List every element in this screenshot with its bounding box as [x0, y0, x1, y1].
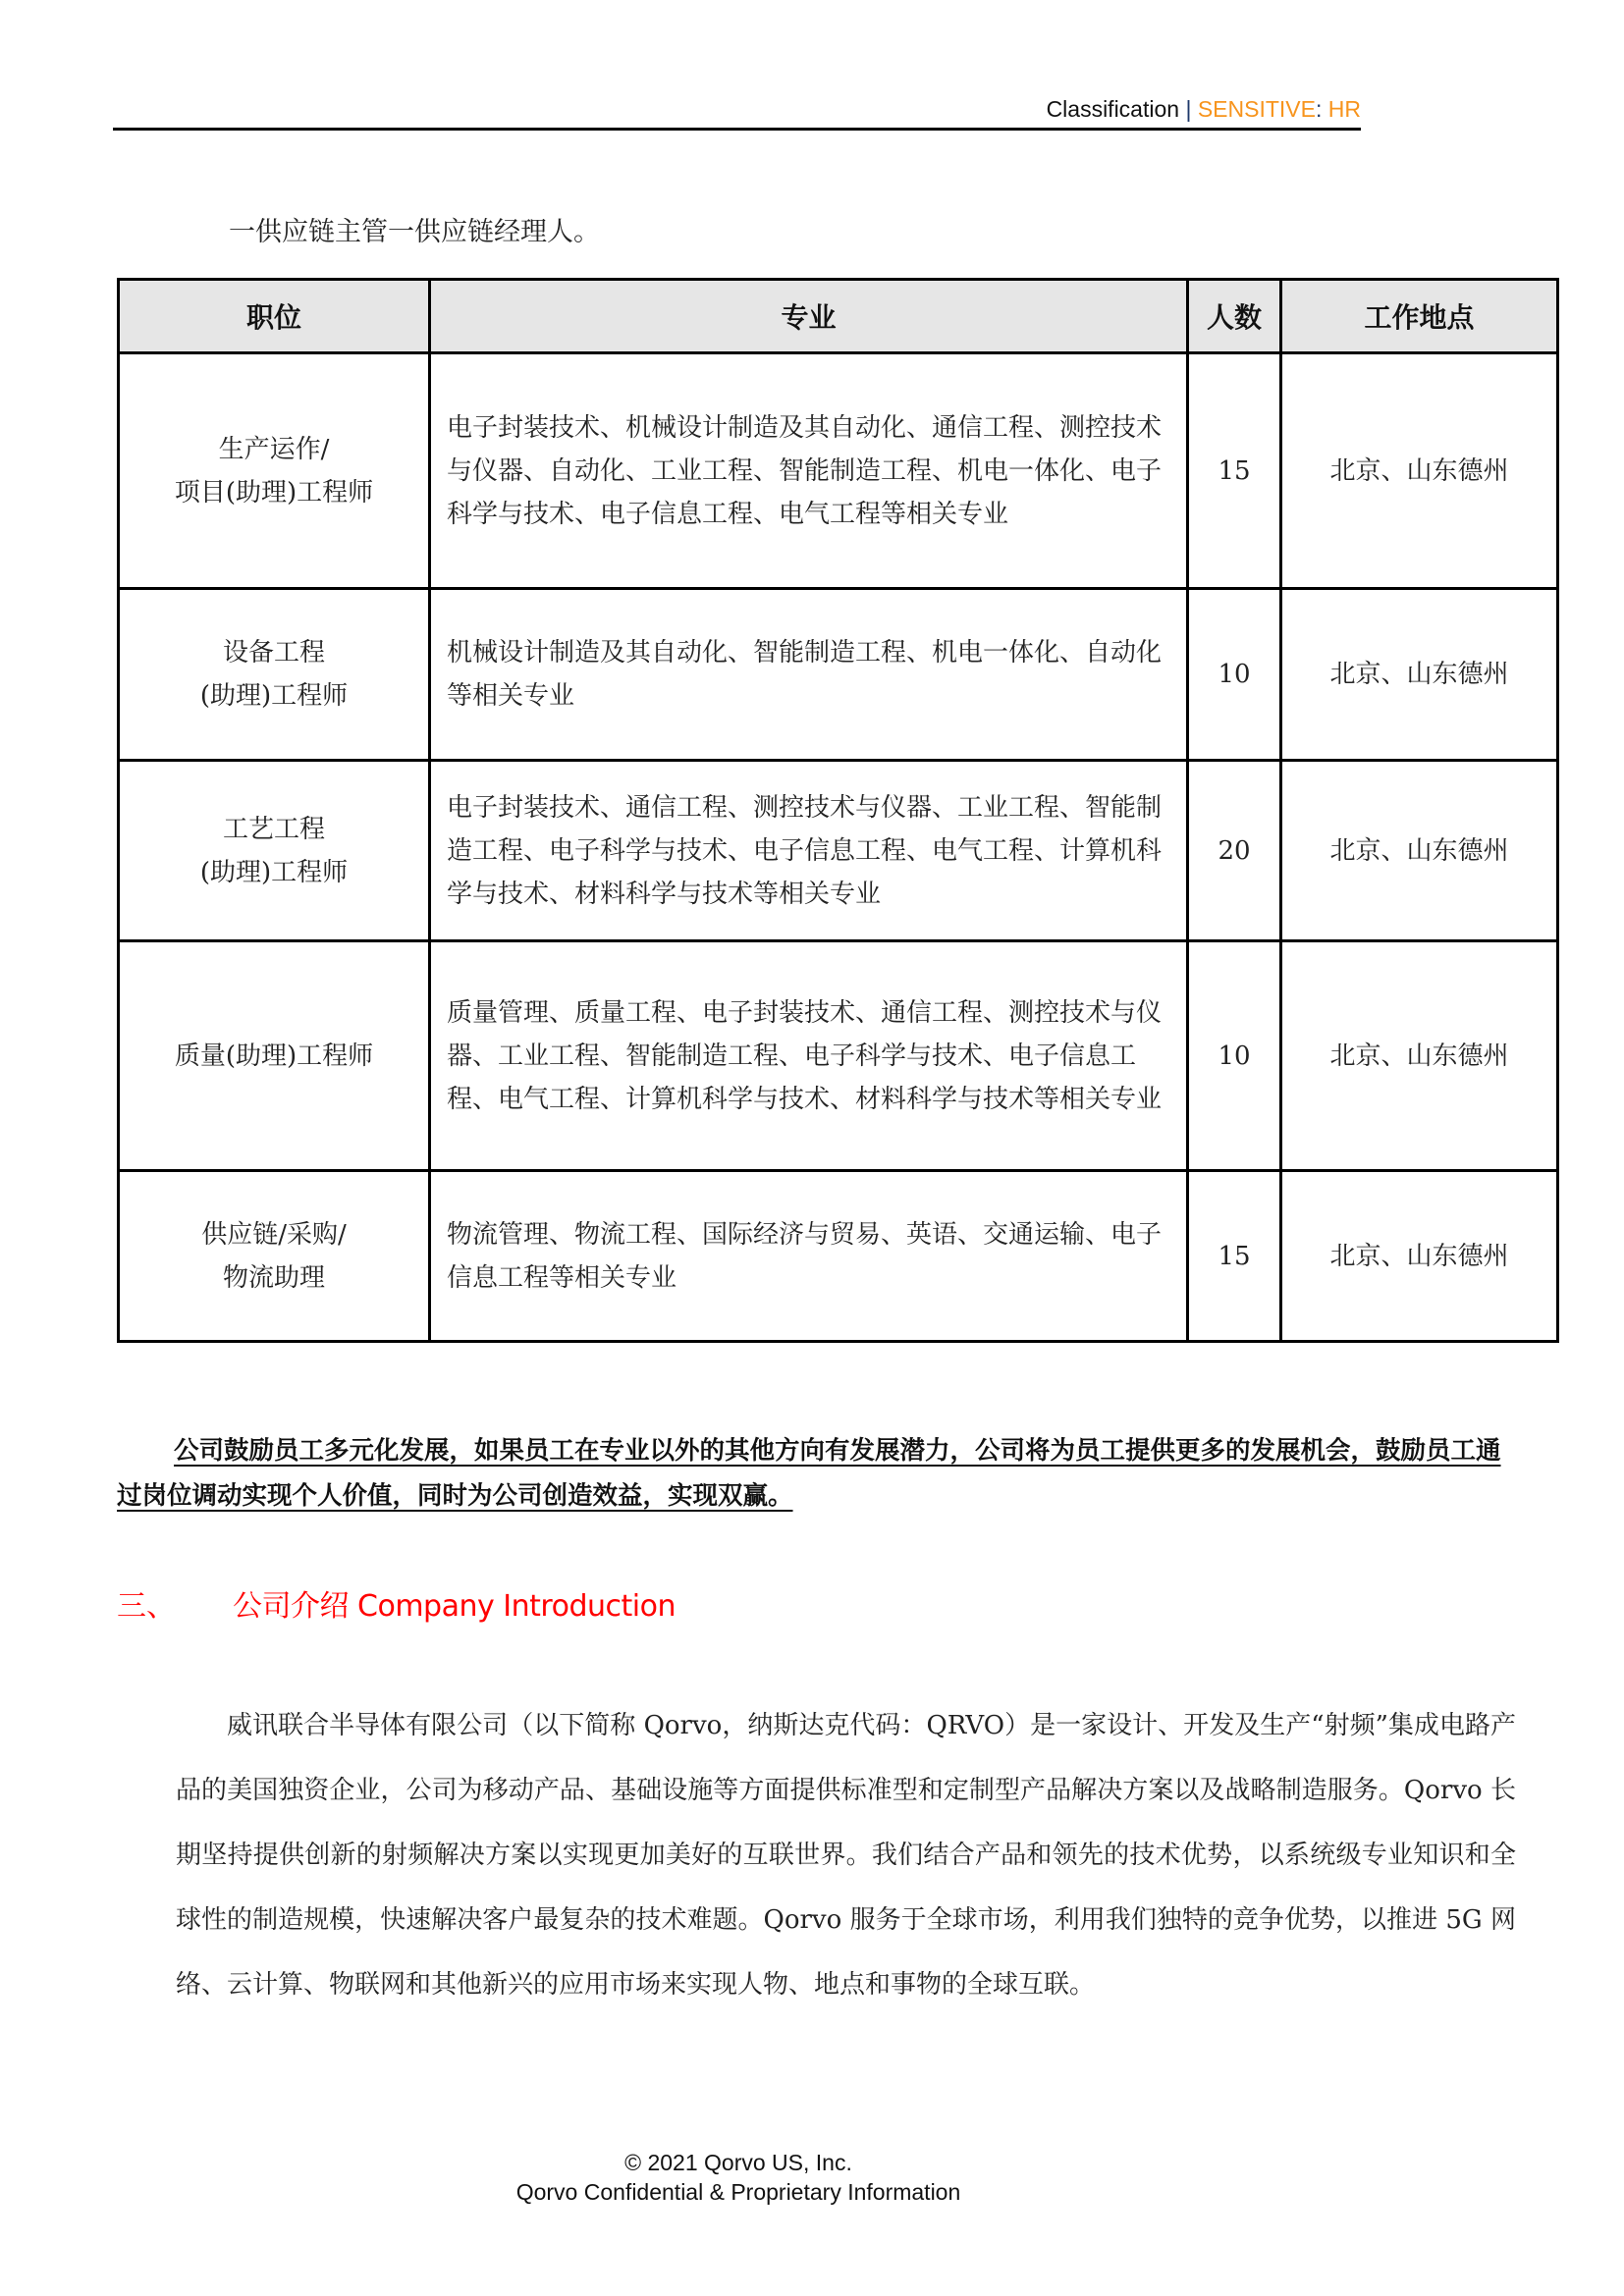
headcount-cell: 10	[1188, 589, 1281, 761]
company-intro-paragraph: 威讯联合半导体有限公司（以下简称 Qorvo，纳斯达克代码：QRVO）是一家设计…	[176, 1693, 1516, 2017]
intro-fragment: 一供应链主管一供应链经理人。	[229, 210, 600, 248]
classification-header: Classification | SENSITIVE: HR	[1047, 96, 1361, 123]
position-title-line: 物流助理	[120, 1256, 428, 1300]
sensitivity-level: SENSITIVE	[1198, 96, 1316, 122]
position-title: 设备工程 (助理)工程师	[119, 589, 430, 761]
positions-table: 职位 专业 人数 工作地点 生产运作/ 项目(助理)工程师 电子封装技术、机械设…	[117, 278, 1559, 1343]
major-cell: 电子封装技术、通信工程、测控技术与仪器、工业工程、智能制造工程、电子科学与技术、…	[430, 761, 1188, 941]
sensitivity-category: HR	[1328, 96, 1361, 122]
table-row: 工艺工程 (助理)工程师 电子封装技术、通信工程、测控技术与仪器、工业工程、智能…	[119, 761, 1558, 941]
major-cell: 物流管理、物流工程、国际经济与贸易、英语、交通运输、电子信息工程等相关专业	[430, 1171, 1188, 1342]
classification-label: Classification	[1047, 96, 1180, 122]
headcount-cell: 15	[1188, 1171, 1281, 1342]
position-title-line: 质量(助理)工程师	[120, 1035, 428, 1078]
table-header-row: 职位 专业 人数 工作地点	[119, 280, 1558, 353]
position-title: 供应链/采购/ 物流助理	[119, 1171, 430, 1342]
major-cell: 质量管理、质量工程、电子封装技术、通信工程、测控技术与仪器、工业工程、智能制造工…	[430, 941, 1188, 1171]
position-title-line: 供应链/采购/	[120, 1213, 428, 1256]
header-separator: |	[1179, 96, 1198, 122]
footer-confidentiality: Qorvo Confidential & Proprietary Informa…	[0, 2179, 1477, 2206]
position-title: 工艺工程 (助理)工程师	[119, 761, 430, 941]
column-header-major: 专业	[430, 280, 1188, 353]
section-number: 三、	[117, 1581, 176, 1625]
position-title: 质量(助理)工程师	[119, 941, 430, 1171]
column-header-location: 工作地点	[1281, 280, 1558, 353]
column-header-count: 人数	[1188, 280, 1281, 353]
development-note-text: 公司鼓励员工多元化发展，如果员工在专业以外的其他方向有发展潜力，公司将为员工提供…	[117, 1436, 1501, 1511]
development-note: 公司鼓励员工多元化发展，如果员工在专业以外的其他方向有发展潜力，公司将为员工提供…	[117, 1428, 1511, 1519]
position-title-line: 设备工程	[120, 631, 428, 674]
position-title-line: 生产运作/	[120, 428, 428, 471]
company-intro-text: 威讯联合半导体有限公司（以下简称 Qorvo，纳斯达克代码：QRVO）是一家设计…	[176, 1711, 1516, 2000]
location-cell: 北京、山东德州	[1281, 761, 1558, 941]
location-cell: 北京、山东德州	[1281, 1171, 1558, 1342]
major-cell: 机械设计制造及其自动化、智能制造工程、机电一体化、自动化等相关专业	[430, 589, 1188, 761]
location-cell: 北京、山东德州	[1281, 353, 1558, 589]
section-title: 公司介绍 Company Introduction	[233, 1581, 676, 1625]
table-row: 生产运作/ 项目(助理)工程师 电子封装技术、机械设计制造及其自动化、通信工程、…	[119, 353, 1558, 589]
headcount-cell: 10	[1188, 941, 1281, 1171]
position-title-line: (助理)工程师	[120, 851, 428, 894]
position-title: 生产运作/ 项目(助理)工程师	[119, 353, 430, 589]
footer-copyright: © 2021 Qorvo US, Inc.	[0, 2150, 1477, 2176]
header-colon: :	[1316, 96, 1328, 122]
table-row: 质量(助理)工程师 质量管理、质量工程、电子封装技术、通信工程、测控技术与仪器、…	[119, 941, 1558, 1171]
column-header-position: 职位	[119, 280, 430, 353]
headcount-cell: 20	[1188, 761, 1281, 941]
headcount-cell: 15	[1188, 353, 1281, 589]
location-cell: 北京、山东德州	[1281, 941, 1558, 1171]
major-cell: 电子封装技术、机械设计制造及其自动化、通信工程、测控技术与仪器、自动化、工业工程…	[430, 353, 1188, 589]
header-rule	[113, 128, 1361, 131]
position-title-line: (助理)工程师	[120, 674, 428, 718]
table-row: 设备工程 (助理)工程师 机械设计制造及其自动化、智能制造工程、机电一体化、自动…	[119, 589, 1558, 761]
table-row: 供应链/采购/ 物流助理 物流管理、物流工程、国际经济与贸易、英语、交通运输、电…	[119, 1171, 1558, 1342]
location-cell: 北京、山东德州	[1281, 589, 1558, 761]
position-title-line: 工艺工程	[120, 808, 428, 851]
position-title-line: 项目(助理)工程师	[120, 471, 428, 514]
